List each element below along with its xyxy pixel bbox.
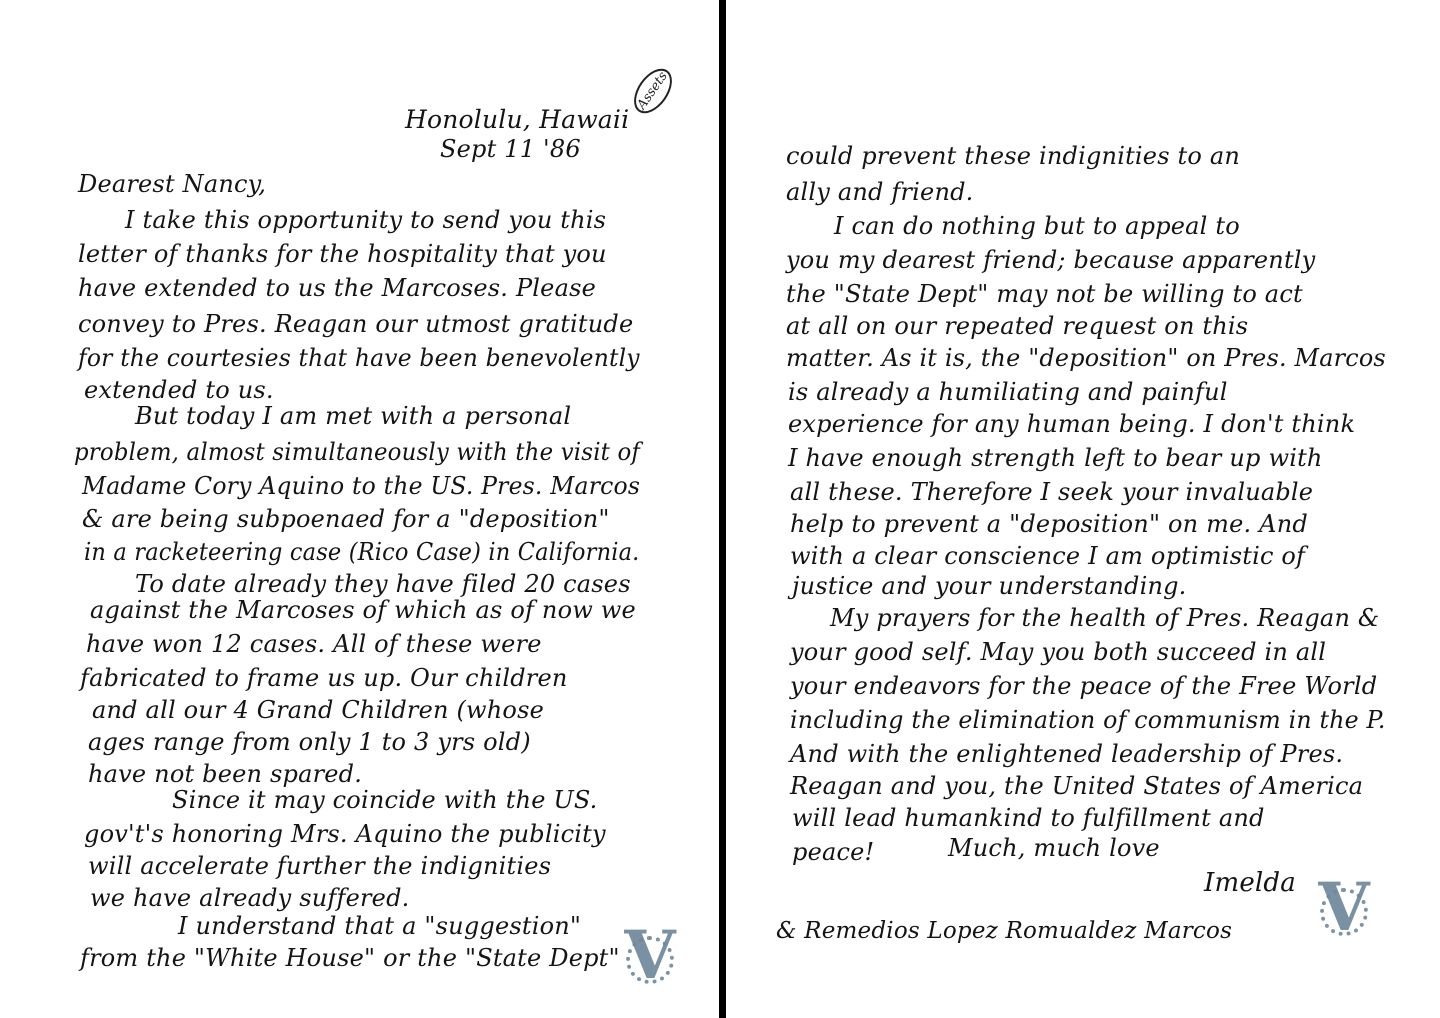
letter-line: ages range from only 1 to 3 yrs old): [88, 728, 531, 756]
letter-line: will lead humankind to fulfillment and: [792, 804, 1265, 832]
letter-line: problem, almost simultaneously with the …: [74, 438, 640, 466]
letter-page-1: Assets Honolulu, Hawaii Sept 11 '86 Dear…: [0, 0, 718, 1018]
letter-line: help to prevent a "deposition" on me. An…: [790, 510, 1308, 538]
v-watermark-logo-icon: V: [1312, 874, 1376, 938]
v-watermark-logo-icon: V: [618, 922, 682, 986]
letter-line: Reagan and you, the United States of Ame…: [790, 772, 1363, 800]
letter-line: including the elimination of communism i…: [790, 706, 1386, 734]
letter-line: My prayers for the health of Pres. Reaga…: [830, 604, 1380, 632]
letter-page-2: could prevent these indignities to an al…: [726, 0, 1440, 1018]
letter-line: experience for any human being. I don't …: [788, 410, 1355, 438]
letter-line: you my dearest friend; because apparentl…: [786, 246, 1315, 274]
page-divider: [719, 0, 726, 1018]
letter-line: To date already they have filed 20 cases: [135, 570, 631, 598]
letter-line: for the courtesies that have been benevo…: [78, 344, 640, 372]
letter-line: I take this opportunity to send you this: [125, 206, 606, 234]
letter-line: we have already suffered.: [90, 884, 409, 912]
letter-line: Madame Cory Aquino to the US. Pres. Marc…: [82, 472, 640, 500]
letter-line: your endeavors for the peace of the Free…: [790, 672, 1377, 700]
letter-line: have not been spared.: [88, 760, 362, 788]
letter-line: extended to us.: [84, 376, 274, 404]
letter-line: will accelerate further the indignities: [88, 852, 551, 880]
letter-line: could prevent these indignities to an: [786, 142, 1240, 170]
letter-line: gov't's honoring Mrs. Aquino the publici…: [84, 820, 606, 848]
watermark-letter: V: [618, 922, 682, 988]
letter-line: from the "White House" or the "State Dep…: [80, 944, 620, 972]
letter-line: I understand that a "suggestion": [178, 912, 581, 940]
letter-line: ally and friend.: [786, 178, 974, 206]
letter-line: I can do nothing but to appeal to: [834, 212, 1240, 240]
letter-line: in a racketeering case (Rico Case) in Ca…: [84, 538, 640, 566]
letter-line: have extended to us the Marcoses. Please: [78, 274, 596, 302]
letter-line: is already a humiliating and painful: [788, 378, 1228, 406]
letter-line: justice and your understanding.: [792, 572, 1187, 600]
letter-line: matter. As it is, the "deposition" on Pr…: [786, 344, 1386, 372]
letter-line: and all our 4 Grand Children (whose: [92, 696, 544, 724]
letter-line: letter of thanks for the hospitality tha…: [78, 240, 607, 268]
letter-line: all these. Therefore I seek your invalua…: [790, 478, 1313, 506]
letter-place: Honolulu, Hawaii: [405, 105, 629, 134]
letter-closing: Much, much love: [948, 834, 1160, 862]
letter-signature: Imelda: [1204, 868, 1296, 898]
letter-line: your good self. May you both succeed in …: [790, 638, 1326, 666]
assets-stamp: Assets: [626, 62, 679, 120]
letter-line: peace!: [792, 838, 874, 866]
letter-line: But today I am met with a personal: [135, 402, 571, 430]
letter-line: I have enough strength left to bear up w…: [788, 444, 1323, 472]
letter-line: against the Marcoses of which as of now …: [90, 596, 636, 624]
letter-line: & are being subpoenaed for a "deposition…: [82, 505, 610, 533]
letter-line: fabricated to frame us up. Our children: [80, 664, 568, 692]
letter-salutation: Dearest Nancy,: [78, 170, 266, 198]
letter-line: at all on our repeated request on this: [786, 312, 1248, 340]
letter-line: have won 12 cases. All of these were: [86, 630, 542, 658]
letter-line: And with the enlightened leadership of P…: [790, 740, 1343, 768]
letter-date: Sept 11 '86: [440, 135, 581, 163]
letter-line: convey to Pres. Reagan our utmost gratit…: [78, 310, 633, 338]
watermark-letter: V: [1312, 874, 1376, 940]
letter-line: with a clear conscience I am optimistic …: [790, 542, 1305, 570]
letter-line: Since it may coincide with the US.: [172, 786, 598, 814]
letter-line: the "State Dept" may not be willing to a…: [786, 280, 1303, 308]
letter-full-name-signature: & Remedios Lopez Romualdez Marcos: [776, 918, 1232, 944]
